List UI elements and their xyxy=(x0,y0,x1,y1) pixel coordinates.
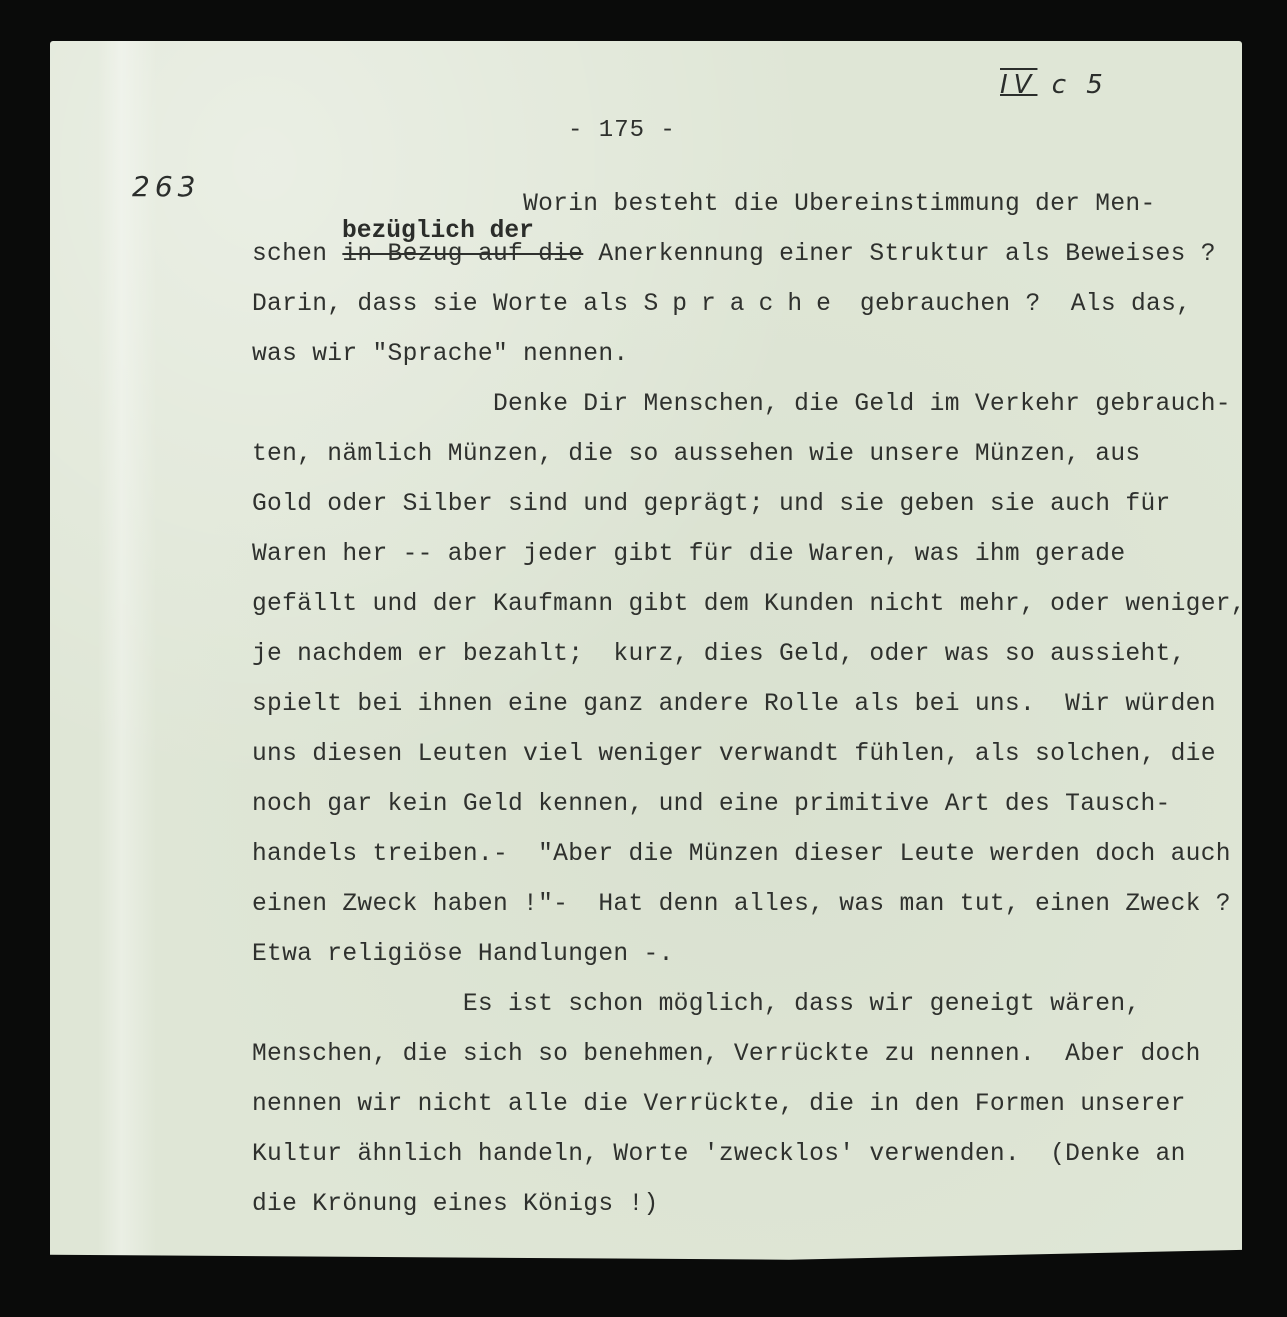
indent xyxy=(252,991,463,1018)
signature-rest: c 5 xyxy=(1037,70,1108,100)
text-line: Etwa religiöse Handlungen -. xyxy=(252,940,674,970)
text-line: spielt bei ihnen eine ganz andere Rolle … xyxy=(252,690,1216,720)
text-line: gefällt und der Kaufmann gibt dem Kunden… xyxy=(252,590,1246,620)
line-text-before: Darin, dass sie Worte als xyxy=(252,291,644,318)
text-line: Worin besteht die Ubereinstimmung der Me… xyxy=(252,190,1156,220)
margin-page-note: 263 xyxy=(132,170,200,203)
text-line: die Krönung eines Königs !) xyxy=(252,1190,659,1220)
text-line: Kultur ähnlich handeln, Worte 'zwecklos'… xyxy=(252,1140,1186,1170)
text-line: ten, nämlich Münzen, die so aussehen wie… xyxy=(252,440,1140,470)
text-line: noch gar kein Geld kennen, und eine prim… xyxy=(252,790,1171,820)
text-line: nennen wir nicht alle die Verrückte, die… xyxy=(252,1090,1186,1120)
signature-numeral: IV xyxy=(1000,70,1037,100)
text-line: Darin, dass sie Worte als Sprache gebrau… xyxy=(252,290,1191,320)
indent xyxy=(252,191,523,218)
struck-text: in Bezug auf die xyxy=(342,241,583,268)
text-line: Waren her -- aber jeder gibt für die War… xyxy=(252,540,1125,570)
line-text: Worin besteht die Ubereinstimmung der Me… xyxy=(523,191,1155,218)
text-line: Denke Dir Menschen, die Geld im Verkehr … xyxy=(252,390,1231,420)
text-line: Menschen, die sich so benehmen, Verrückt… xyxy=(252,1040,1201,1070)
line-text-after: gebrauchen ? Als das, xyxy=(845,291,1191,318)
text-line: was wir "Sprache" nennen. xyxy=(252,340,628,370)
text-line: Es ist schon möglich, dass wir geneigt w… xyxy=(252,990,1140,1020)
text-line: uns diesen Leuten viel weniger verwandt … xyxy=(252,740,1216,770)
line-text: Es ist schon möglich, dass wir geneigt w… xyxy=(463,991,1141,1018)
line-text: Denke Dir Menschen, die Geld im Verkehr … xyxy=(493,391,1231,418)
text-line: je nachdem er bezahlt; kurz, dies Geld, … xyxy=(252,640,1186,670)
text-line: Gold oder Silber sind und geprägt; und s… xyxy=(252,490,1171,520)
archive-signature-note: IV c 5 xyxy=(1000,70,1109,100)
text-line: schen in Bezug auf die Anerkennung einer… xyxy=(252,240,1216,270)
text-line: einen Zweck haben !"- Hat denn alles, wa… xyxy=(252,890,1231,920)
line-text-after: Anerkennung einer Struktur als Beweises … xyxy=(583,241,1215,268)
indent xyxy=(252,391,493,418)
page-number: - 175 - xyxy=(568,117,676,144)
line-text-before: schen xyxy=(252,241,342,268)
spaced-emphasis: Sprache xyxy=(644,291,845,318)
text-line: handels treiben.- "Aber die Münzen diese… xyxy=(252,840,1231,870)
